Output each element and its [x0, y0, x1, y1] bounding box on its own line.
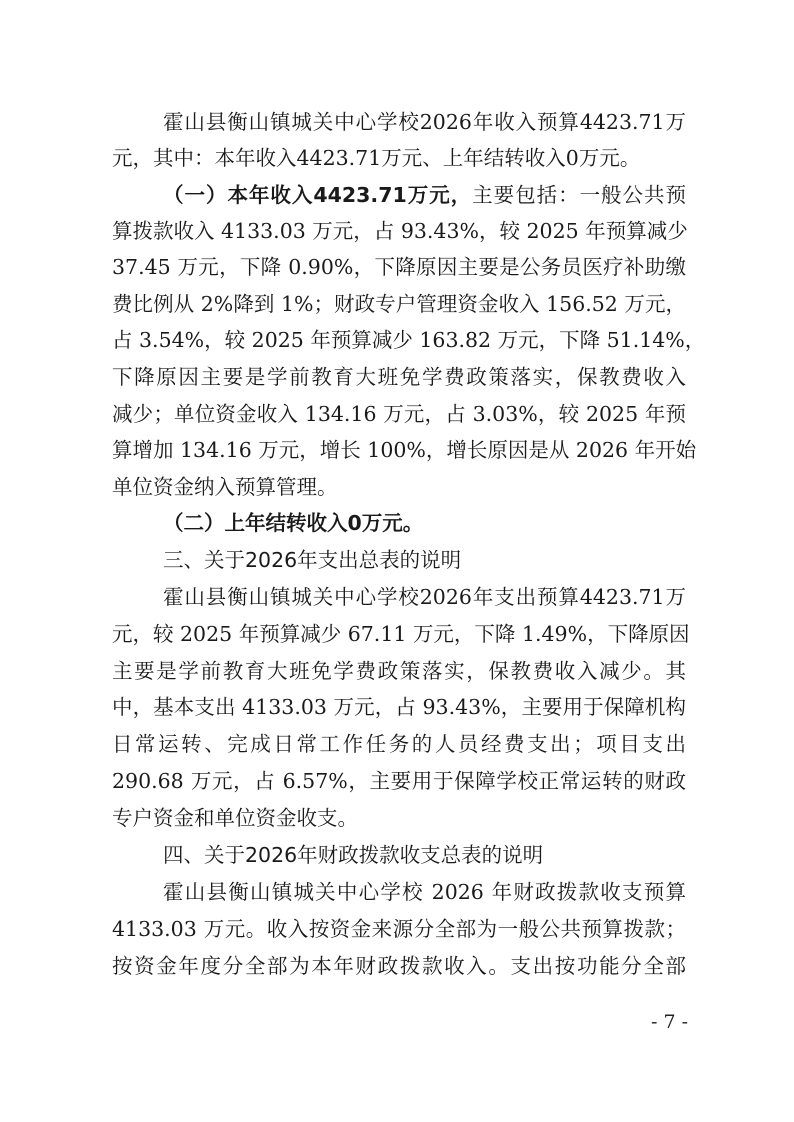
- section-1-line-9: 单位资金纳入预算管理。: [112, 469, 686, 505]
- section-3-line-2: 元，较 2025 年预算减少 67.11 万元，下降 1.49%，下降原因: [112, 616, 686, 652]
- heading-section-4: 四、关于2026年财政拨款收支总表的说明: [163, 837, 686, 873]
- paragraph-1-line-1: 霍山县衡山镇城关中心学校2026年收入预算4423.71万: [163, 104, 686, 140]
- document-page: 霍山县衡山镇城关中心学校2026年收入预算4423.71万 元，其中：本年收入4…: [0, 0, 794, 1122]
- section-4-line-3: 按资金年度分全部为本年财政拨款收入。支出按功能分全部: [112, 948, 686, 984]
- section-3-line-6: 290.68 万元，占 6.57%，主要用于保障学校正常运转的财政: [112, 763, 686, 799]
- section-1-line-7: 减少；单位资金收入 134.16 万元，占 3.03%，较 2025 年预: [112, 396, 686, 432]
- section-1-line-8: 算增加 134.16 万元，增长 100%，增长原因是从 2026 年开始: [112, 432, 686, 468]
- section-1-intro-line: （一）本年收入4423.71万元，主要包括：一般公共预: [163, 177, 686, 213]
- section-3-line-5: 日常运转、完成日常工作任务的人员经费支出；项目支出: [112, 726, 686, 762]
- paragraph-1-line-2: 元，其中：本年收入4423.71万元、上年结转收入0万元。: [112, 140, 686, 176]
- section-1-line-3: 37.45 万元，下降 0.90%，下降原因主要是公务员医疗补助缴: [112, 249, 686, 285]
- section-1-line-6: 下降原因主要是学前教育大班免学费政策落实，保教费收入: [112, 359, 686, 395]
- section-3-line-4: 中，基本支出 4133.03 万元，占 93.43%，主要用于保障机构: [112, 689, 686, 725]
- section-1-line-2: 算拨款收入 4133.03 万元，占 93.43%，较 2025 年预算减少: [112, 213, 686, 249]
- section-1-intro-rest: 主要包括：一般公共预: [472, 183, 686, 207]
- section-3-line-7: 专户资金和单位资金收支。: [112, 800, 686, 836]
- section-3-line-3: 主要是学前教育大班免学费政策落实，保教费收入减少。其: [112, 653, 686, 689]
- heading-section-3: 三、关于2026年支出总表的说明: [163, 542, 686, 578]
- page-number: - 7 -: [628, 1008, 688, 1036]
- section-3-line-1: 霍山县衡山镇城关中心学校2026年支出预算4423.71万: [163, 579, 686, 615]
- section-4-line-1: 霍山县衡山镇城关中心学校 2026 年财政拨款收支预算: [163, 874, 686, 910]
- section-2-heading: （二）上年结转收入0万元。: [163, 505, 686, 541]
- section-1-line-5: 占 3.54%，较 2025 年预算减少 163.82 万元，下降 51.14%…: [112, 322, 686, 358]
- section-1-line-4: 费比例从 2%降到 1%；财政专户管理资金收入 156.52 万元，: [112, 286, 686, 322]
- section-1-bold-lead: （一）本年收入4423.71万元，: [163, 183, 472, 207]
- section-4-line-2: 4133.03 万元。收入按资金来源分全部为一般公共预算拨款；: [112, 911, 686, 947]
